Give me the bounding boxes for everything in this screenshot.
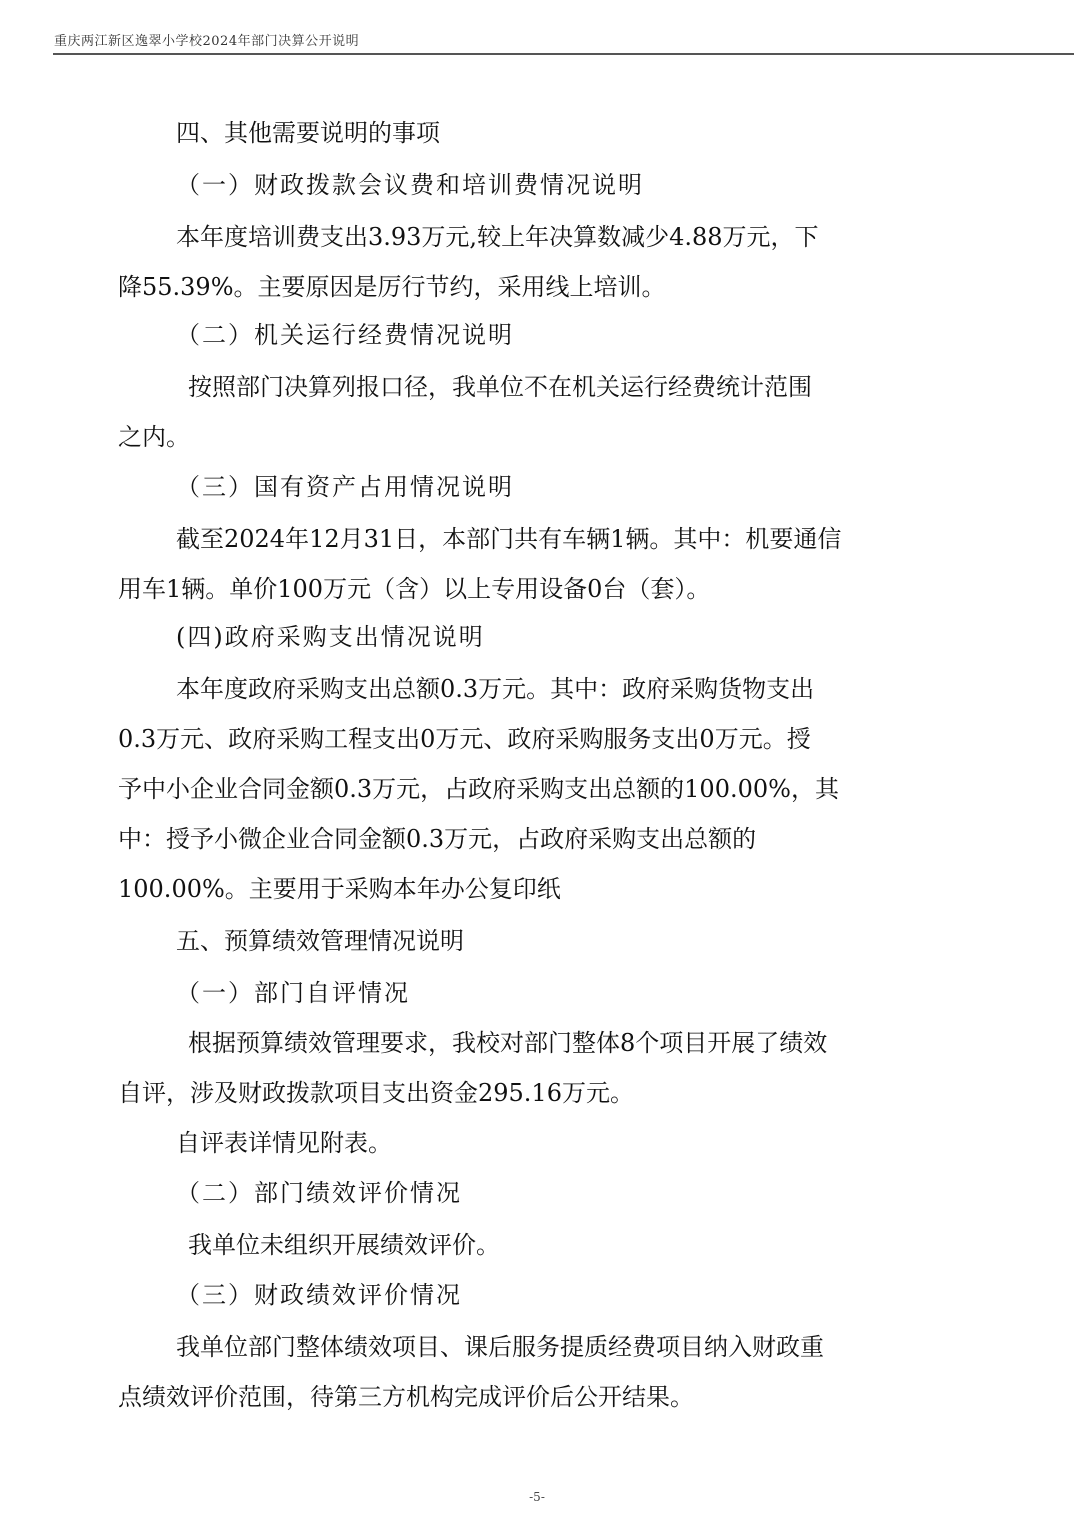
paragraph-line: 用车1辆。单价100万元（含）以上专用设备0台（套）。	[118, 574, 958, 604]
paragraph-line: 予中小企业合同金额0.3万元，占政府采购支出总额的100.00%，其	[118, 774, 958, 804]
paragraph-line: 根据预算绩效管理要求，我校对部门整体8个项目开展了绩效	[188, 1028, 1028, 1058]
paragraph-line: 点绩效评价范围，待第三方机构完成评价后公开结果。	[118, 1382, 958, 1412]
subsection-heading-5-3: （三）财政绩效评价情况	[176, 1280, 1016, 1310]
section-heading-5: 五、预算绩效管理情况说明	[176, 926, 1016, 956]
subsection-heading-5-2: （二）部门绩效评价情况	[176, 1178, 1016, 1208]
paragraph-line: 100.00%。主要用于采购本年办公复印纸	[118, 874, 958, 904]
subsection-heading-4-4: (四)政府采购支出情况说明	[176, 622, 1016, 652]
paragraph-line: 我单位部门整体绩效项目、课后服务提质经费项目纳入财政重	[176, 1332, 1016, 1362]
paragraph-line: 按照部门决算列报口径，我单位不在机关运行经费统计范围	[188, 372, 1028, 402]
running-header: 重庆两江新区逸翠小学校2024年部门决算公开说明	[54, 30, 359, 49]
paragraph-line: 降55.39%。主要原因是厉行节约，采用线上培训。	[118, 272, 958, 302]
subsection-heading-4-1: （一）财政拨款会议费和培训费情况说明	[176, 170, 1016, 200]
paragraph-line: 0.3万元、政府采购工程支出0万元、政府采购服务支出0万元。授	[118, 724, 958, 754]
subsection-heading-4-3: （三）国有资产占用情况说明	[176, 472, 1016, 502]
paragraph-line: 我单位未组织开展绩效评价。	[188, 1230, 1028, 1260]
paragraph-line: 自评，涉及财政拨款项目支出资金295.16万元。	[118, 1078, 958, 1108]
page-number: -5-	[0, 1490, 1074, 1504]
paragraph-line: 自评表详情见附表。	[176, 1128, 1016, 1158]
section-heading-4: 四、其他需要说明的事项	[176, 118, 1016, 148]
paragraph-line: 之内。	[118, 422, 958, 452]
paragraph-line: 中：授予小微企业合同金额0.3万元，占政府采购支出总额的	[118, 824, 958, 854]
subsection-heading-4-2: （二）机关运行经费情况说明	[176, 320, 1016, 350]
subsection-heading-5-1: （一）部门自评情况	[176, 978, 1016, 1008]
paragraph-line: 本年度培训费支出3.93万元,较上年决算数减少4.88万元，下	[176, 222, 1016, 252]
paragraph-line: 截至2024年12月31日，本部门共有车辆1辆。其中：机要通信	[176, 524, 1016, 554]
paragraph-line: 本年度政府采购支出总额0.3万元。其中：政府采购货物支出	[176, 674, 1016, 704]
header-divider	[53, 53, 1074, 55]
